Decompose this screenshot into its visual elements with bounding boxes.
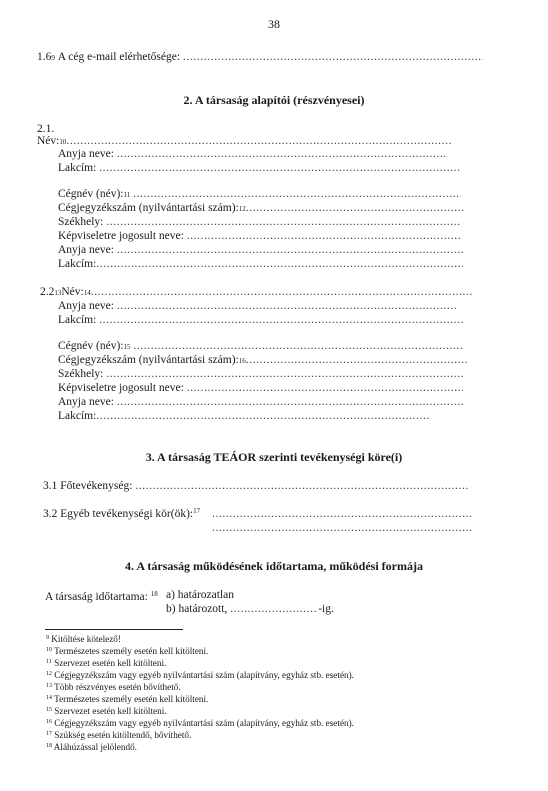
founder1-address-field[interactable]: Lakcím:	[58, 162, 461, 175]
email-number: 1.6	[37, 51, 51, 64]
footnote-item: 16 Cégjegyzékszám vagy egyéb nyilvántart…	[46, 717, 354, 729]
fill-in-dots	[117, 244, 463, 257]
founder1-name-field[interactable]: Név:10	[37, 135, 451, 148]
footnote-text: Természetes személy esetén kell kitölten…	[52, 646, 208, 656]
founder1-rep-mother-field[interactable]: Anyja neve:	[58, 244, 463, 257]
registry-number-label: Cégjegyzékszám (nyilvántartási szám):	[58, 354, 239, 367]
option-definite-text: b) határozott,	[166, 603, 227, 615]
fill-in-dots	[117, 396, 463, 409]
founder2-seat-field[interactable]: Székhely:	[58, 368, 463, 381]
footnote-item: 11 Szervezet esetén kell kitölteni.	[46, 657, 166, 669]
section-4-heading: 4. A társaság működésének időtartama, mű…	[0, 559, 548, 574]
email-field-line[interactable]: 1.69 A cég e-mail elérhetősége:	[37, 51, 483, 64]
footnote-text: Szükség esetén kitöltendő, bővíthető.	[52, 730, 191, 740]
section-2-heading: 2. A társaság alapítói (részvényesei)	[0, 93, 548, 108]
fill-in-dots	[212, 508, 473, 521]
fill-in-dots	[135, 480, 468, 493]
fill-in-dots	[187, 382, 463, 395]
company-name-label: Cégnév (név):	[58, 340, 123, 353]
fill-in-dots	[187, 230, 461, 243]
option-definite-suffix: -ig.	[318, 603, 334, 615]
main-activity-label: 3.1 Főtevékenység:	[43, 480, 132, 493]
footnote-text: Több részvényes esetén bővíthető.	[52, 682, 181, 692]
founder2-address-field[interactable]: Lakcím:	[58, 314, 463, 327]
footnote-text: Szervezet esetén kell kitölteni.	[52, 658, 167, 668]
representative-label: Képviseletre jogosult neve:	[58, 382, 184, 395]
name-label: Név:	[61, 286, 83, 299]
fill-in-dots	[212, 522, 473, 535]
block-2-2-number: 2.2	[40, 286, 54, 299]
founder2-mother-field[interactable]: Anyja neve:	[58, 300, 458, 313]
fill-in-dots	[99, 162, 461, 175]
company-name-label: Cégnév (név):	[58, 188, 123, 201]
footnote-item: 14 Természetes személy esetén kell kitöl…	[46, 693, 208, 705]
email-label: A cég e-mail elérhetősége:	[58, 51, 180, 64]
fill-in-dots	[183, 51, 483, 64]
address-label: Lakcím:	[58, 258, 96, 271]
footnote-text: Természetes személy esetén kell kitölten…	[52, 694, 208, 704]
founder2-rep-mother-field[interactable]: Anyja neve:	[58, 396, 463, 409]
footnote-ref: 17	[193, 507, 200, 515]
name-label: Név:	[37, 135, 59, 148]
mother-name-label: Anyja neve:	[58, 300, 114, 313]
footnote-item: 15 Szervezet esetén kell kitölteni.	[46, 705, 167, 717]
fill-in-dots	[91, 286, 472, 299]
fill-in-dots	[117, 148, 447, 161]
founder1-company-name-field[interactable]: Cégnév (név):11	[58, 188, 461, 201]
footnote-text: Kitöltése kötelező!	[49, 634, 121, 644]
founder2-company-name-field[interactable]: Cégnév (név):15	[58, 340, 463, 353]
fill-in-dots	[117, 300, 458, 313]
fill-in-dots	[106, 216, 461, 229]
mother-name-label: Anyja neve:	[58, 148, 114, 161]
founder1-representative-field[interactable]: Képviseletre jogosult neve:	[58, 230, 461, 243]
address-label: Lakcím:	[58, 410, 96, 423]
address-label: Lakcím:	[58, 162, 96, 175]
footnote-divider	[45, 629, 183, 630]
footnote-item: 17 Szükség esetén kitöltendő, bővíthető.	[46, 729, 191, 741]
address-label: Lakcím:	[58, 314, 96, 327]
fill-in-dots	[96, 258, 463, 271]
founder1-rep-address-field[interactable]: Lakcím:	[58, 258, 463, 271]
footnote-item: 18 Aláhúzással jelölendő.	[46, 741, 137, 753]
other-activity-label: 3.2 Egyéb tevékenységi kör(ök):17	[43, 508, 200, 520]
main-activity-field[interactable]: 3.1 Főtevékenység:	[43, 480, 468, 493]
fill-in-dots	[246, 202, 465, 215]
fill-in-dots	[230, 603, 318, 615]
footnote-text: Cégjegyzékszám vagy egyéb nyilvántartási…	[52, 718, 354, 728]
footnote-item: 12 Cégjegyzékszám vagy egyéb nyilvántart…	[46, 669, 354, 681]
footnote-ref: 18	[151, 590, 158, 598]
duration-text: A társaság időtartama:	[45, 591, 148, 603]
seat-label: Székhely:	[58, 368, 103, 381]
footnote-text: Szervezet esetén kell kitölteni.	[52, 706, 167, 716]
section-3-heading: 3. A társaság TEÁOR szerinti tevékenység…	[0, 450, 548, 465]
registry-number-label: Cégjegyzékszám (nyilvántartási szám):	[58, 202, 239, 215]
block-2-1-number: 2.1.	[37, 123, 54, 135]
fill-in-dots	[133, 188, 461, 201]
representative-label: Képviseletre jogosult neve:	[58, 230, 184, 243]
duration-label: A társaság időtartama: 18	[45, 591, 158, 603]
fill-in-dots	[246, 354, 467, 367]
fill-in-dots	[133, 340, 463, 353]
footnote-item: 9 Kitöltése kötelező!	[46, 633, 121, 645]
mother-name-label: Anyja neve:	[58, 396, 114, 409]
mother-name-label: Anyja neve:	[58, 244, 114, 257]
fill-in-dots	[96, 410, 429, 423]
founder2-registry-number-field[interactable]: Cégjegyzékszám (nyilvántartási szám):16	[58, 354, 467, 367]
footnote-item: 10 Természetes személy esetén kell kitöl…	[46, 645, 208, 657]
founder1-registry-number-field[interactable]: Cégjegyzékszám (nyilvántartási szám):12	[58, 202, 465, 215]
founder1-mother-field[interactable]: Anyja neve:	[58, 148, 447, 161]
founder1-seat-field[interactable]: Székhely:	[58, 216, 461, 229]
footnote-text: Aláhúzással jelölendő.	[52, 742, 137, 752]
founder2-name-field[interactable]: 2.213Név:14	[40, 286, 472, 299]
founder2-rep-address-field[interactable]: Lakcím:	[58, 410, 429, 423]
other-activity-field-1[interactable]	[212, 508, 473, 521]
option-indefinite[interactable]: a) határozatlan	[166, 589, 234, 601]
fill-in-dots	[106, 368, 463, 381]
page-number: 38	[0, 17, 548, 32]
footnote-item: 13 Több részvényes esetén bővíthető.	[46, 681, 181, 693]
fill-in-dots	[66, 135, 451, 148]
other-activity-text: 3.2 Egyéb tevékenységi kör(ök):	[43, 508, 193, 520]
other-activity-field-2[interactable]	[212, 522, 473, 535]
founder2-representative-field[interactable]: Képviseletre jogosult neve:	[58, 382, 463, 395]
footnote-text: Cégjegyzékszám vagy egyéb nyilvántartási…	[52, 670, 354, 680]
fill-in-dots	[99, 314, 463, 327]
option-definite[interactable]: b) határozott, -ig.	[166, 603, 334, 615]
seat-label: Székhely:	[58, 216, 103, 229]
